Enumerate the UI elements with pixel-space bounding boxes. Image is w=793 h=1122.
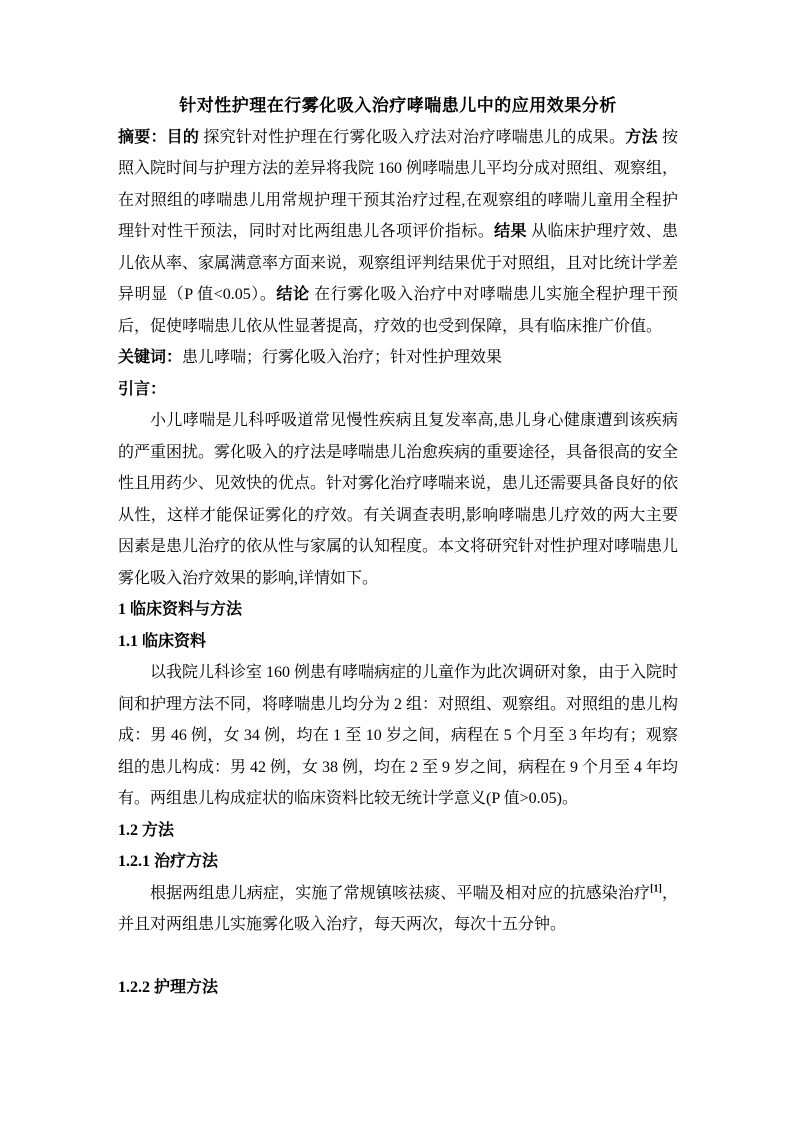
citation-superscript: [1] — [650, 883, 662, 894]
section-1-2-2-heading: 1.2.2 护理方法 — [118, 972, 678, 1004]
bold-text-run: 摘要：目的 — [118, 129, 199, 146]
treatment-method-paragraph: 根据两组患儿病症，实施了常规镇咳祛痰、平喘及相对应的抗感染治疗[1]，并且对两组… — [118, 878, 678, 941]
bold-text-run: 结果 — [494, 223, 527, 240]
introduction-heading: 引言： — [118, 374, 678, 406]
clinical-data-paragraph: 以我院儿科诊室 160 例患有哮喘病症的儿童作为此次调研对象，由于入院时间和护理… — [118, 657, 678, 815]
text-run: 探究针对性护理在行雾化吸入疗法对治疗哮喘患儿的成果。 — [199, 129, 625, 146]
text-run: 根据两组患儿病症，实施了常规镇咳祛痰、平喘及相对应的抗感染治疗 — [150, 885, 650, 902]
document-title: 针对性护理在行雾化吸入治疗哮喘患儿中的应用效果分析 — [118, 90, 678, 122]
bold-text-run: 关键词： — [118, 349, 182, 366]
blank-line — [118, 941, 678, 973]
section-1-heading: 1 临床资料与方法 — [118, 594, 678, 626]
section-1-2-1-heading: 1.2.1 治疗方法 — [118, 846, 678, 878]
keywords-line: 关键词：患儿哮喘；行雾化吸入治疗；针对性护理效果 — [118, 342, 678, 374]
text-run: 患儿哮喘；行雾化吸入治疗；针对性护理效果 — [182, 349, 502, 366]
bold-text-run: 方法 — [625, 129, 657, 146]
introduction-paragraph: 小儿哮喘是儿科呼吸道常见慢性疾病且复发率高,患儿身心健康遭到该疾病的严重困扰。雾… — [118, 405, 678, 594]
document-page: 针对性护理在行雾化吸入治疗哮喘患儿中的应用效果分析 摘要：目的 探究针对性护理在… — [0, 0, 793, 1122]
section-1-1-heading: 1.1 临床资料 — [118, 626, 678, 658]
bold-text-run: 结论 — [276, 286, 309, 303]
section-1-2-heading: 1.2 方法 — [118, 815, 678, 847]
abstract-paragraph: 摘要：目的 探究针对性护理在行雾化吸入疗法对治疗哮喘患儿的成果。方法 按照入院时… — [118, 122, 678, 343]
